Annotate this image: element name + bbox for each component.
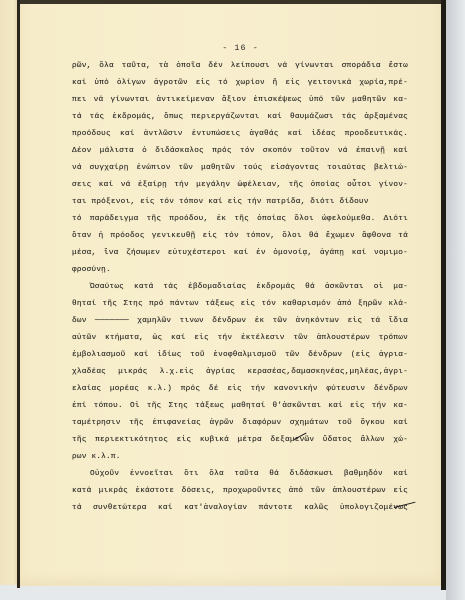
text-line: ἐπί τόπου. Οἱ τῆς Στης τάξεως μαθηταί θ'… bbox=[72, 401, 408, 411]
text-line: τά τάς ἐκδρομάς, ὅπως περιεργάζωνται καί… bbox=[72, 112, 408, 122]
text-line: χλαδέας μικράς λ.χ.εἰς ἀγρίας κερασέας,δ… bbox=[72, 367, 408, 377]
text-line: τά συνθετώτερα καί κατ'ἀναλογίαν πάντοτε… bbox=[72, 503, 408, 513]
paragraph-start-line: Ὡσαύτως κατά τάς ἑβδομαδιαίας ἐκδρομάς θ… bbox=[90, 282, 408, 292]
text-line: σεις καί νά ἐξαίρῃ τήν μεγάλην ὠφέλειαν,… bbox=[72, 180, 408, 190]
text-line: αὐτῶν κτήματα, ὡς καί εἰς τήν ἐκτέλεσιν … bbox=[72, 333, 408, 343]
text-line: τό παράδειγμα τῆς προόδου, ἐκ τῆς ὁποίας… bbox=[72, 214, 408, 224]
page-top-edge bbox=[20, 0, 441, 4]
text-line: καί ὑπό ὀλίγων ἀγροτῶν εἰς τό χωρίον ἤ ε… bbox=[72, 78, 408, 88]
text-line: θηταί τῆς Στης πρό πάντων τάξεως εἰς τόν… bbox=[72, 299, 408, 309]
text-line: ταμέτρησιν τῆς ἐπιφανείας ἀγρῶν διαφόρων… bbox=[72, 418, 408, 428]
text-line: πει νά γίνωνται ἀντικείμεναν ἄξιον ἐπισκ… bbox=[72, 95, 408, 105]
text-line: ἐμβολιασμοῦ καί ἰδίως τοῦ ἐνοφθαλμισμοῦ … bbox=[72, 350, 408, 360]
text-line: τῆς περιεκτικότητος εἰς κυβικά μέτρα δεξ… bbox=[72, 435, 408, 445]
paragraph-start-line: Οὐχοῦν ἐννοεῖται ὅτι ὅλα ταῦτα θά διδάσκ… bbox=[90, 469, 408, 479]
text-line: Δέον μάλιστα ὁ διδάσκαλος πρός τόν σκοπό… bbox=[72, 146, 408, 156]
text-line: προόδους καί ἀντλῶσιν ἐντυπώσεις ἀγαθάς … bbox=[72, 129, 408, 139]
text-line: νά συγχαίρῃ ἐνώπιον τῶν μαθητῶν τούς εἰσ… bbox=[72, 163, 408, 173]
text-line: μέσα, ἵνα ζήσωμεν εὐτυχέστεροι καί ἐν ὁμ… bbox=[72, 248, 408, 258]
text-line: φροσύνῃ. bbox=[72, 265, 111, 275]
text-line: ρων κ.λ.π. bbox=[72, 452, 121, 462]
scanner-margin bbox=[446, 0, 465, 600]
text-line: ὅταν ἡ πρόοδος γενικευθῇ εἰς τόν τόπον, … bbox=[72, 231, 408, 241]
text-line: κατά μικράς ἑκάστοτε δόσεις, προχωροῦντε… bbox=[72, 486, 408, 496]
text-line: ελαίας μορέας κ.λ.) πρός δέ εἰς τήν κανο… bbox=[72, 384, 408, 394]
text-line: ρῶν, ὅλα ταῦτα, τὰ ὁποῖα δέν λείπουσι νά… bbox=[72, 61, 408, 71]
facing-page-edge bbox=[0, 0, 18, 585]
page-number: - 16 - bbox=[0, 43, 465, 53]
text-line: δων ─────── χαμηλῶν τινων δένδρων ἐκ τῶν… bbox=[72, 316, 408, 326]
text-line: ται πρόξενοι, εἰς τόν τόπον καί εἰς τήν … bbox=[72, 197, 369, 207]
